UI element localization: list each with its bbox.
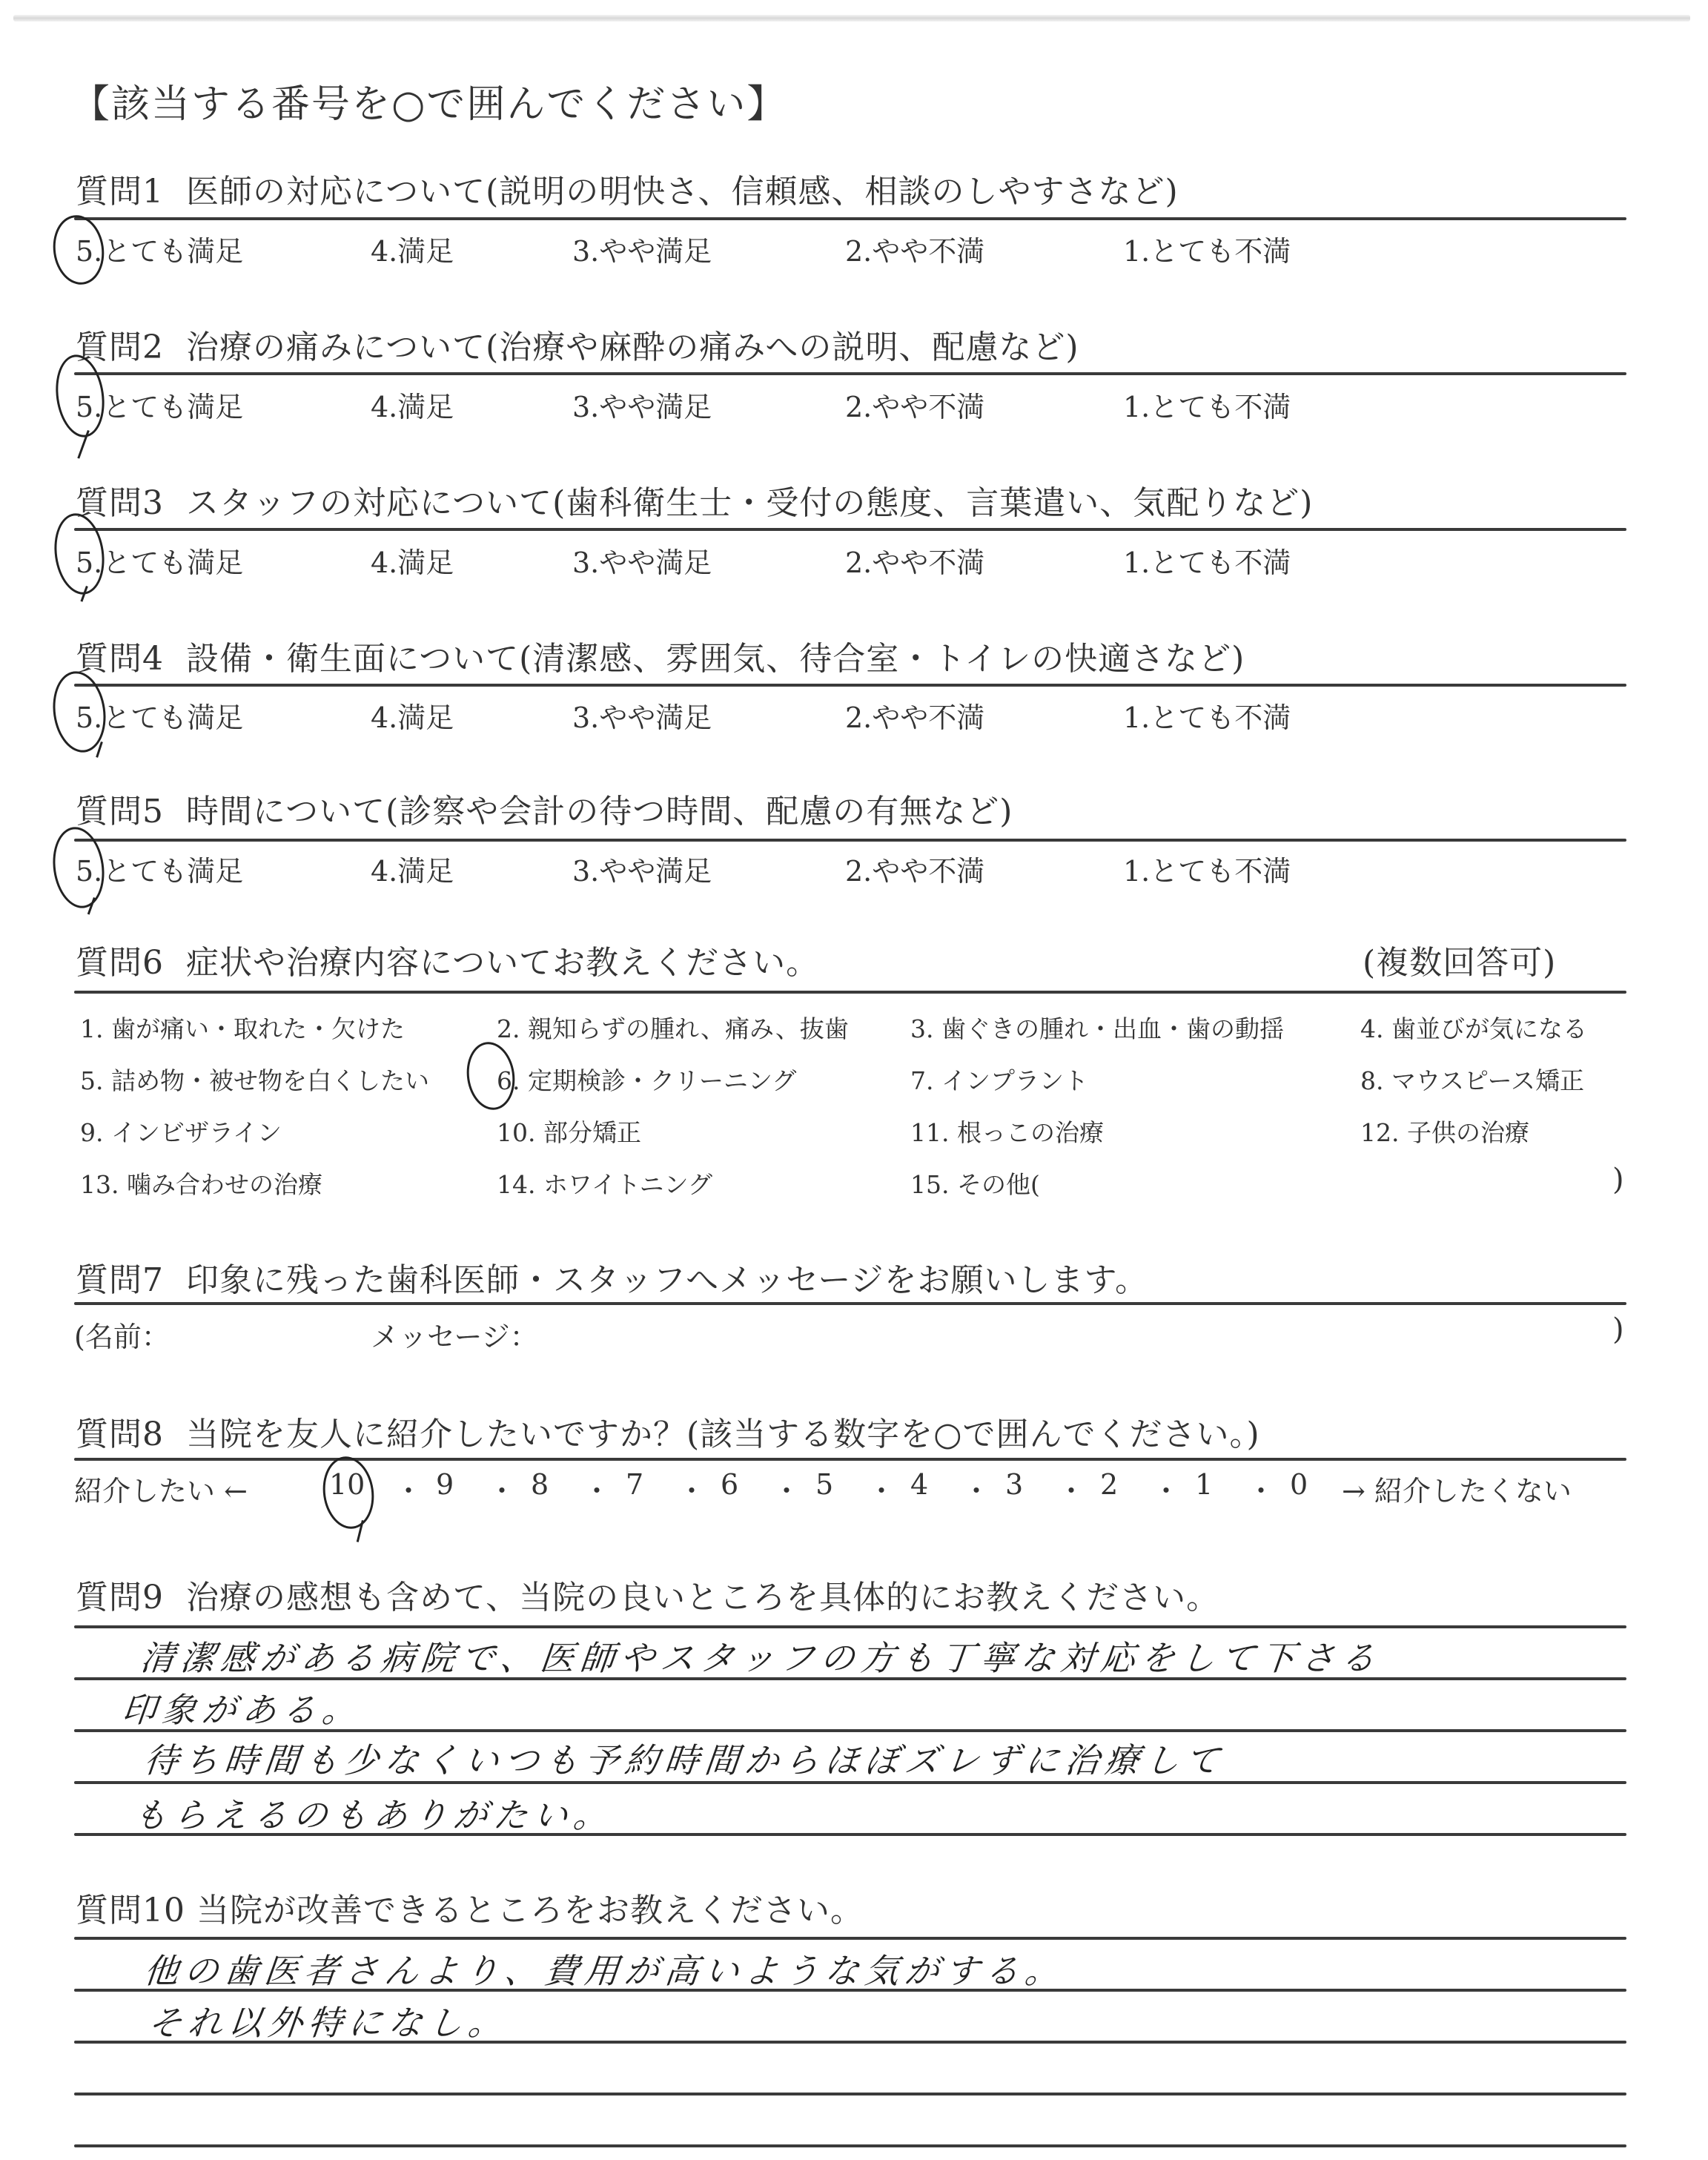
q8-score-1[interactable]: 1 [1195, 1468, 1213, 1501]
q8-separator: ・ [488, 1468, 516, 1509]
question-7-label: 質問7 [76, 1261, 164, 1299]
q8-separator: ・ [394, 1468, 423, 1509]
q8-score-3[interactable]: 3 [1005, 1468, 1023, 1501]
q5-selection-circle [48, 824, 110, 911]
question-3-heading: 質問3 スタッフの対応について(歯科衛生士・受付の態度、言葉遣い、気配りなど) [76, 476, 1313, 524]
q8-left-label: 紹介したい ← [74, 1468, 248, 1509]
q8-selection-circle [319, 1453, 379, 1533]
q3-option-4[interactable]: 4.満足 [371, 540, 454, 581]
q10-writing-line [74, 2041, 1626, 2044]
q9-answer-line-1[interactable]: 清潔感がある病院で、医師やスタッフの方も丁寧な対応をして下さる [139, 1631, 1384, 1680]
q8-right-label: → 紹介したくない [1342, 1468, 1572, 1509]
q7-message-label: メッセージ： [371, 1314, 538, 1355]
q4-option-1[interactable]: 1.とても不満 [1123, 695, 1291, 736]
q8-score-8[interactable]: 8 [531, 1468, 549, 1501]
question-5-rule [74, 839, 1626, 842]
q2-option-1[interactable]: 1.とても不満 [1123, 384, 1291, 425]
question-6-rule [74, 991, 1626, 994]
question-8-label: 質問8 [76, 1416, 164, 1453]
q5-option-2[interactable]: 2.やや不満 [845, 848, 984, 889]
q8-score-6[interactable]: 6 [721, 1468, 738, 1501]
q9-writing-line [74, 1833, 1626, 1836]
question-10-label: 質問10 [76, 1892, 185, 1929]
question-10-text: 当院が改善できるところをお教えください。 [196, 1892, 864, 1929]
q7-name-field[interactable] [193, 1314, 341, 1347]
q10-writing-line [74, 2093, 1626, 2095]
page-title: 【該当する番号を○で囲んでください】 [71, 73, 787, 128]
q9-writing-line [74, 1781, 1626, 1784]
q8-separator: ・ [867, 1468, 896, 1509]
question-2-rule [74, 372, 1626, 375]
question-5-heading: 質問5 時間について(診察や会計の待つ時間、配慮の有無など) [76, 785, 1013, 832]
question-7-rule [74, 1302, 1626, 1305]
q1-option-1[interactable]: 1.とても不満 [1123, 228, 1291, 269]
q1-option-4[interactable]: 4.満足 [371, 228, 454, 269]
q8-score-2[interactable]: 2 [1100, 1468, 1118, 1501]
q8-score-4[interactable]: 4 [910, 1468, 928, 1501]
q6-item-6[interactable]: 6. 定期検診・クリーニング [497, 1062, 796, 1097]
q4-option-2[interactable]: 2.やや不満 [845, 695, 984, 736]
question-4-text: 設備・衛生面について(清潔感、雰囲気、待合室・トイレの快適さなど) [186, 640, 1245, 678]
q8-separator: ・ [583, 1468, 611, 1509]
question-10-heading: 質問10 当院が改善できるところをお教えください。 [76, 1883, 864, 1931]
q9-answer-line-2[interactable]: 印象がある。 [120, 1683, 365, 1732]
q8-score-9[interactable]: 9 [436, 1468, 454, 1501]
question-1-label: 質問1 [76, 173, 164, 211]
question-5-label: 質問5 [76, 793, 164, 830]
q10-writing-line [74, 1989, 1626, 1992]
q2-option-2[interactable]: 2.やや不満 [845, 384, 984, 425]
question-3-text: スタッフの対応について(歯科衛生士・受付の態度、言葉遣い、気配りなど) [186, 484, 1313, 522]
q3-option-2[interactable]: 2.やや不満 [845, 540, 984, 581]
question-4-heading: 質問4 設備・衛生面について(清潔感、雰囲気、待合室・トイレの快適さなど) [76, 632, 1245, 679]
question-1-rule [74, 217, 1626, 220]
q6-item-12[interactable]: 12. 子供の治療 [1360, 1114, 1529, 1149]
q1-option-3[interactable]: 3.やや満足 [572, 228, 712, 269]
q6-item-10[interactable]: 10. 部分矯正 [497, 1114, 641, 1149]
q10-writing-line [74, 2144, 1626, 2147]
question-6-note: (複数回答可) [1363, 936, 1556, 983]
q5-option-4[interactable]: 4.満足 [371, 848, 454, 889]
q5-option-1[interactable]: 1.とても不満 [1123, 848, 1291, 889]
q9-answer-line-4[interactable]: もらえるのもありがたい。 [131, 1789, 617, 1837]
q1-selection-circle [49, 212, 108, 288]
question-6-label: 質問6 [76, 944, 164, 982]
q10-answer-line-2[interactable]: それ以外特になし。 [146, 1996, 512, 2045]
question-6-text: 症状や治療内容についてお教えください。 [186, 944, 819, 982]
q6-item-2[interactable]: 2. 親知らずの腫れ、痛み、抜歯 [497, 1010, 849, 1045]
question-3-label: 質問3 [76, 484, 164, 522]
q8-separator: ・ [1152, 1468, 1180, 1509]
q5-option-3[interactable]: 3.やや満足 [572, 848, 712, 889]
question-4-label: 質問4 [76, 640, 164, 678]
question-7-heading: 質問7 印象に残った歯科医師・スタッフへメッセージをお願いします。 [76, 1253, 1148, 1301]
question-8-text: 当院を友人に紹介したいですか？(該当する数字を○で囲んでください。) [186, 1416, 1260, 1453]
q8-score-7[interactable]: 7 [626, 1468, 643, 1501]
q6-item-15[interactable]: 15. その他( [910, 1166, 1040, 1200]
q7-message-field[interactable] [563, 1314, 1586, 1347]
question-3-rule [74, 528, 1626, 531]
q8-separator: ・ [962, 1468, 990, 1509]
q9-writing-line [74, 1677, 1626, 1680]
q6-item-4[interactable]: 4. 歯並びが気になる [1360, 1010, 1587, 1045]
q3-option-1[interactable]: 1.とても不満 [1123, 540, 1291, 581]
question-8-rule [74, 1458, 1626, 1461]
q6-selection-circle [463, 1039, 519, 1113]
question-9-heading: 質問9 治療の感想も含めて、当院の良いところを具体的にお教えください。 [76, 1571, 1219, 1618]
question-6-heading: 質問6 症状や治療内容についてお教えください。 [76, 936, 819, 983]
q6-item-14[interactable]: 14. ホワイトニング [497, 1166, 712, 1200]
q7-close-paren: ) [1612, 1312, 1624, 1347]
q6-item-13[interactable]: 13. 噛み合わせの治療 [80, 1166, 322, 1200]
question-7-text: 印象に残った歯科医師・スタッフへメッセージをお願いします。 [186, 1261, 1148, 1299]
q2-option-4[interactable]: 4.満足 [371, 384, 454, 425]
q2-option-3[interactable]: 3.やや満足 [572, 384, 712, 425]
q6-other-close-paren: ) [1612, 1163, 1624, 1197]
question-1-text: 医師の対応について(説明の明快さ、信頼感、相談のしやすさなど) [186, 173, 1179, 211]
q8-separator: ・ [1247, 1468, 1275, 1509]
question-2-text: 治療の痛みについて(治療や麻酔の痛みへの説明、配慮など) [186, 328, 1079, 366]
question-9-text: 治療の感想も含めて、当院の良いところを具体的にお教えください。 [186, 1579, 1219, 1616]
question-10-rule [74, 1937, 1626, 1940]
q8-score-0[interactable]: 0 [1290, 1468, 1308, 1501]
q9-writing-line [74, 1729, 1626, 1732]
q7-name-label: (名前： [74, 1314, 170, 1355]
q6-item-5[interactable]: 5. 詰め物・被せ物を白くしたい [80, 1062, 429, 1097]
question-2-heading: 質問2 治療の痛みについて(治療や麻酔の痛みへの説明、配慮など) [76, 320, 1079, 368]
question-8-heading: 質問8 当院を友人に紹介したいですか？(該当する数字を○で囲んでください。) [76, 1407, 1260, 1455]
q6-item-1[interactable]: 1. 歯が痛い・取れた・欠けた [80, 1010, 405, 1045]
q8-separator: ・ [772, 1468, 801, 1509]
q10-answer-line-1[interactable]: 他の歯医者さんより、費用が高いような気がする。 [142, 1944, 1068, 1993]
q1-option-2[interactable]: 2.やや不満 [845, 228, 984, 269]
q8-separator: ・ [678, 1468, 706, 1509]
q6-item-7[interactable]: 7. インプラント [910, 1062, 1088, 1097]
q6-item-8[interactable]: 8. マウスピース矯正 [1360, 1062, 1584, 1097]
q8-separator: ・ [1057, 1468, 1085, 1509]
q8-score-5[interactable]: 5 [815, 1468, 833, 1501]
question-4-rule [74, 684, 1626, 687]
question-1-heading: 質問1 医師の対応について(説明の明快さ、信頼感、相談のしやすさなど) [76, 165, 1179, 212]
q9-answer-line-3[interactable]: 待ち時間も少なくいつも予約時間からほぼズレずに治療して [142, 1734, 1228, 1783]
q6-item-3[interactable]: 3. 歯ぐきの腫れ・出血・歯の動揺 [910, 1010, 1284, 1045]
q6-item-11[interactable]: 11. 根っこの治療 [910, 1114, 1104, 1149]
q4-option-4[interactable]: 4.満足 [371, 695, 454, 736]
q6-item-9[interactable]: 9. インビザライン [80, 1114, 282, 1149]
question-9-rule [74, 1625, 1626, 1628]
question-5-text: 時間について(診察や会計の待つ時間、配慮の有無など) [186, 793, 1013, 830]
scan-top-edge [13, 15, 1690, 22]
q4-option-3[interactable]: 3.やや満足 [572, 695, 712, 736]
q3-option-3[interactable]: 3.やや満足 [572, 540, 712, 581]
question-9-label: 質問9 [76, 1579, 164, 1616]
